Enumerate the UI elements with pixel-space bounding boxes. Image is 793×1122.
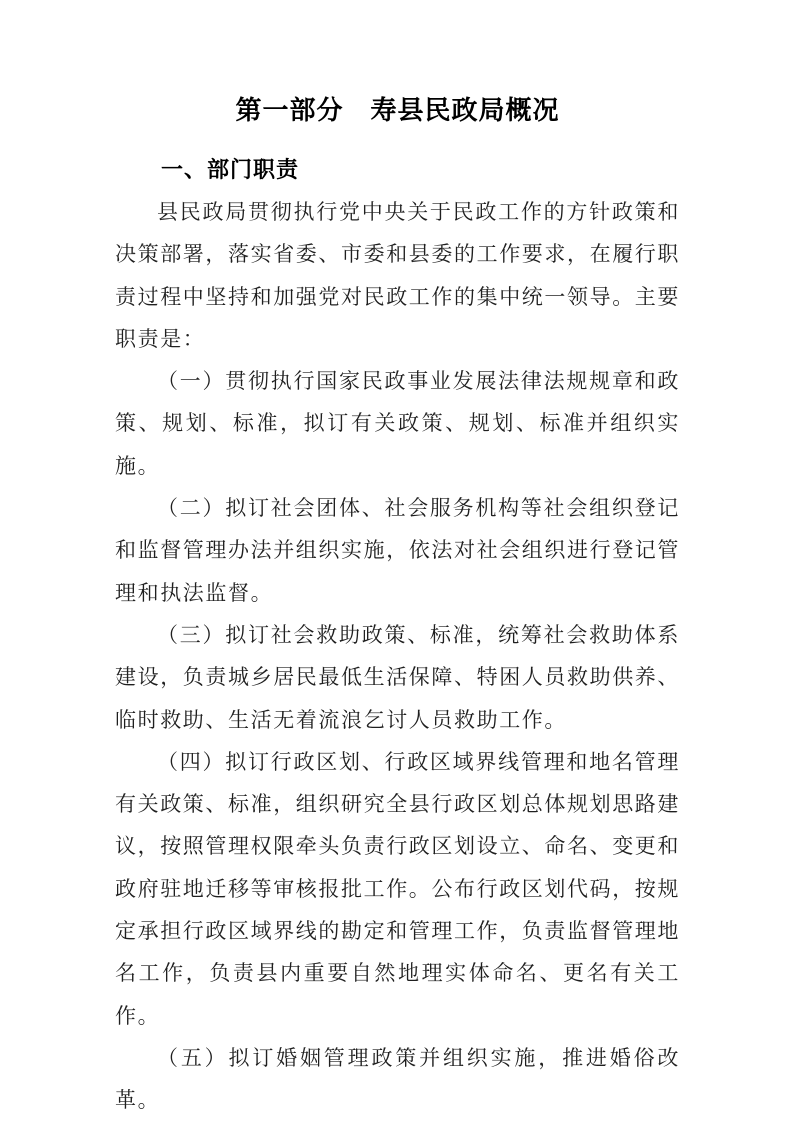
document-title: 第一部分 寿县民政局概况 (115, 93, 680, 129)
paragraph-duty-1: （一）贯彻执行国家民政事业发展法律法规规章和政策、规划、标准，拟订有关政策、规划… (115, 360, 680, 487)
paragraph-duty-3: （三）拟订社会救助政策、标准，统筹社会救助体系建设，负责城乡居民最低生活保障、特… (115, 614, 680, 741)
paragraph-duty-4: （四）拟订行政区划、行政区域界线管理和地名管理有关政策、标准，组织研究全县行政区… (115, 741, 680, 1037)
document-body: 县民政局贯彻执行党中央关于民政工作的方针政策和决策部署，落实省委、市委和县委的工… (115, 191, 680, 1122)
document-page: 第一部分 寿县民政局概况 一、部门职责 县民政局贯彻执行党中央关于民政工作的方针… (0, 0, 793, 1122)
paragraph-intro: 县民政局贯彻执行党中央关于民政工作的方针政策和决策部署，落实省委、市委和县委的工… (115, 191, 680, 360)
paragraph-duty-2: （二）拟订社会团体、社会服务机构等社会组织登记和监督管理办法并组织实施，依法对社… (115, 487, 680, 614)
paragraph-duty-5: （五）拟订婚姻管理政策并组织实施，推进婚俗改革。 (115, 1037, 680, 1122)
section-heading-department-duties: 一、部门职责 (115, 155, 680, 185)
